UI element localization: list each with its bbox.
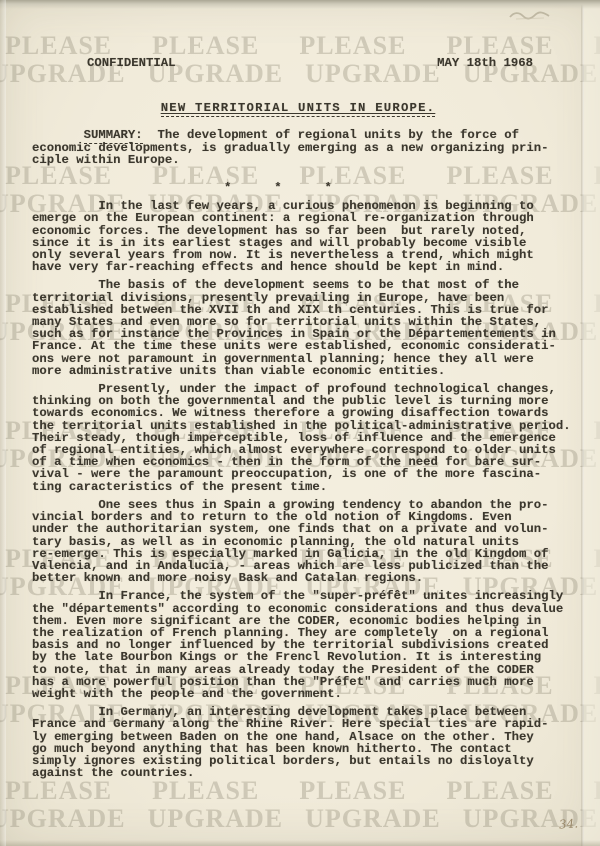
pencil-scribble-icon [508,9,554,23]
scan-edge-left [0,0,6,846]
summary-paragraph: SUMMARY: The development of regional uni… [32,129,564,166]
scan-edge-top [0,0,600,9]
watermark-row: UPGRADEUPGRADEUPGRADEUPGRADEUPGRADE [0,806,600,832]
scan-edge-bottom [0,840,600,846]
paragraph-5: In France, the system of the "super-préf… [32,590,564,700]
asterisk-separator: * * * [32,182,564,194]
date-label: MAY 18th 1968 [437,57,533,69]
title-wrap: NEW TERRITORIAL UNITS IN EUROPE. [32,102,564,117]
paragraph-3: Presently, under the impact of profound … [32,383,564,493]
paragraph-4: One sees thus in Spain a growing tendenc… [32,499,564,584]
paper-crease-right [581,0,584,846]
document-content: CONFIDENTIAL MAY 18th 1968 NEW TERRITORI… [32,0,564,785]
scanned-document-page: PLEASEPLEASEPLEASEPLEASEPLEASEUPGRADEUPG… [0,0,600,846]
handwritten-page-number: 34. [559,816,579,831]
watermark-word: UPGRADE [305,806,441,832]
page-title: NEW TERRITORIAL UNITS IN EUROPE. [161,102,436,117]
scan-right-strip [584,0,600,846]
paragraph-1: In the last few years, a curious phenome… [32,200,564,273]
paragraph-6: In Germany, an interesting development t… [32,706,564,779]
document-header: CONFIDENTIAL MAY 18th 1968 [32,57,564,69]
watermark-word: UPGRADE [0,806,126,832]
paragraph-2: The basis of the development seems to be… [32,279,564,377]
watermark-word: UPGRADE [148,806,284,832]
classification-label: CONFIDENTIAL [87,57,176,69]
